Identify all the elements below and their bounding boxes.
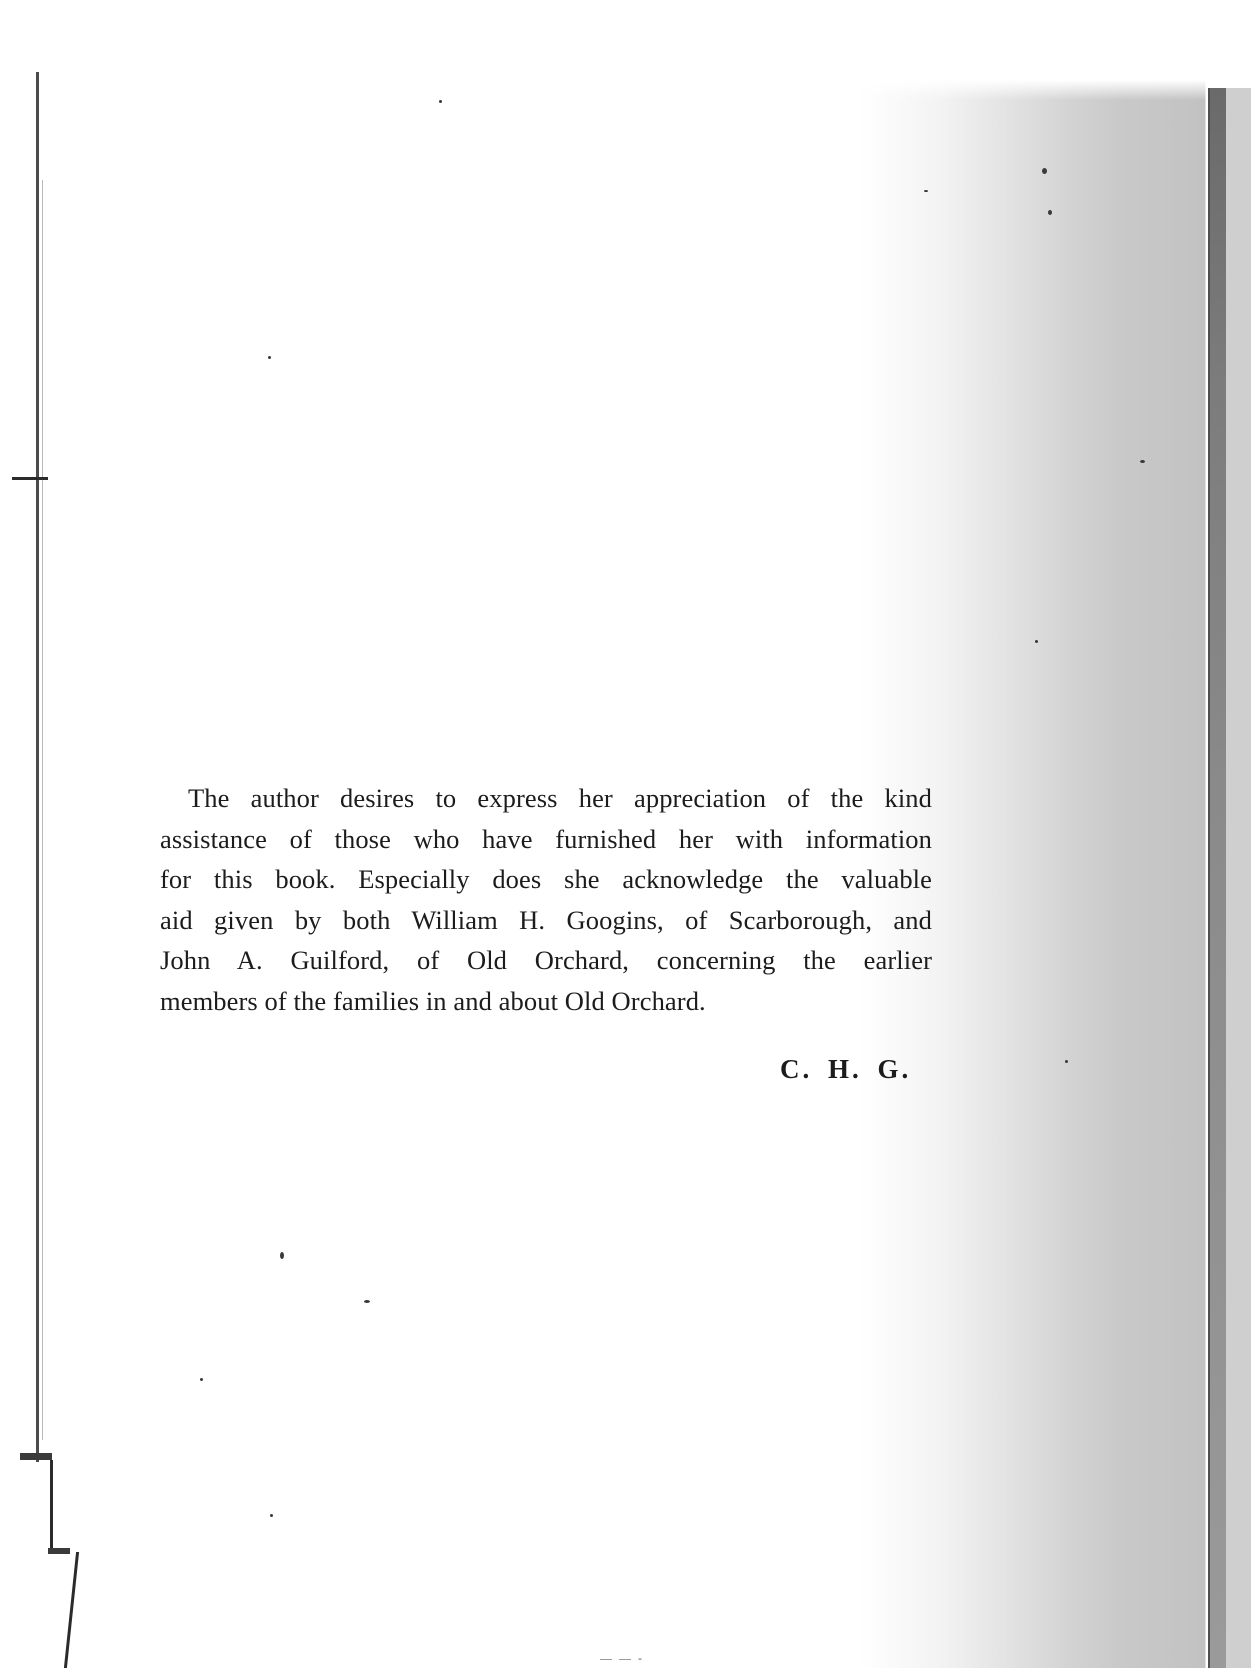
scan-speck: [1048, 210, 1052, 215]
scan-speck: [200, 1378, 203, 1381]
binding-notch-upper: [20, 1453, 52, 1460]
binding-notch-lower: [48, 1548, 70, 1554]
scan-speck: [1042, 168, 1047, 174]
scan-speck: [280, 1252, 284, 1259]
scan-speck: [439, 100, 442, 103]
paragraph-line: John A. Guilford, of Old Orchard, concer…: [160, 940, 932, 981]
scan-speck: [1065, 1060, 1068, 1063]
acknowledgement-paragraph: The author desires to express her apprec…: [160, 778, 932, 1021]
scan-speck: [268, 356, 271, 359]
right-page-edge: [1224, 88, 1251, 1668]
page-top-margin: [0, 0, 1251, 100]
left-binding-edge-faint: [42, 180, 43, 1440]
binding-tick-mark: [12, 477, 48, 480]
paragraph-line: members of the families in and about Old…: [160, 981, 932, 1022]
paragraph-line: for this book. Especially does she ackno…: [160, 859, 932, 900]
footer-scan-marks: — — -: [600, 1651, 644, 1666]
scan-speck: [364, 1300, 370, 1303]
scan-speck: [924, 190, 928, 192]
binding-step-upper: [50, 1460, 53, 1550]
scanned-page: The author desires to express her apprec…: [0, 0, 1251, 1668]
scan-speck: [270, 1514, 273, 1517]
binding-step-lower: [64, 1552, 79, 1668]
scan-speck: [1035, 640, 1038, 643]
paragraph-line: assistance of those who have furnished h…: [160, 819, 932, 860]
paragraph-line: aid given by both William H. Googins, of…: [160, 900, 932, 941]
left-binding-edge: [36, 72, 39, 1462]
scan-speck: [1140, 460, 1145, 463]
author-initials-signature: C. H. G.: [780, 1054, 911, 1085]
right-edge-shadow-strip: [1208, 88, 1226, 1668]
paragraph-line: The author desires to express her apprec…: [160, 778, 932, 819]
